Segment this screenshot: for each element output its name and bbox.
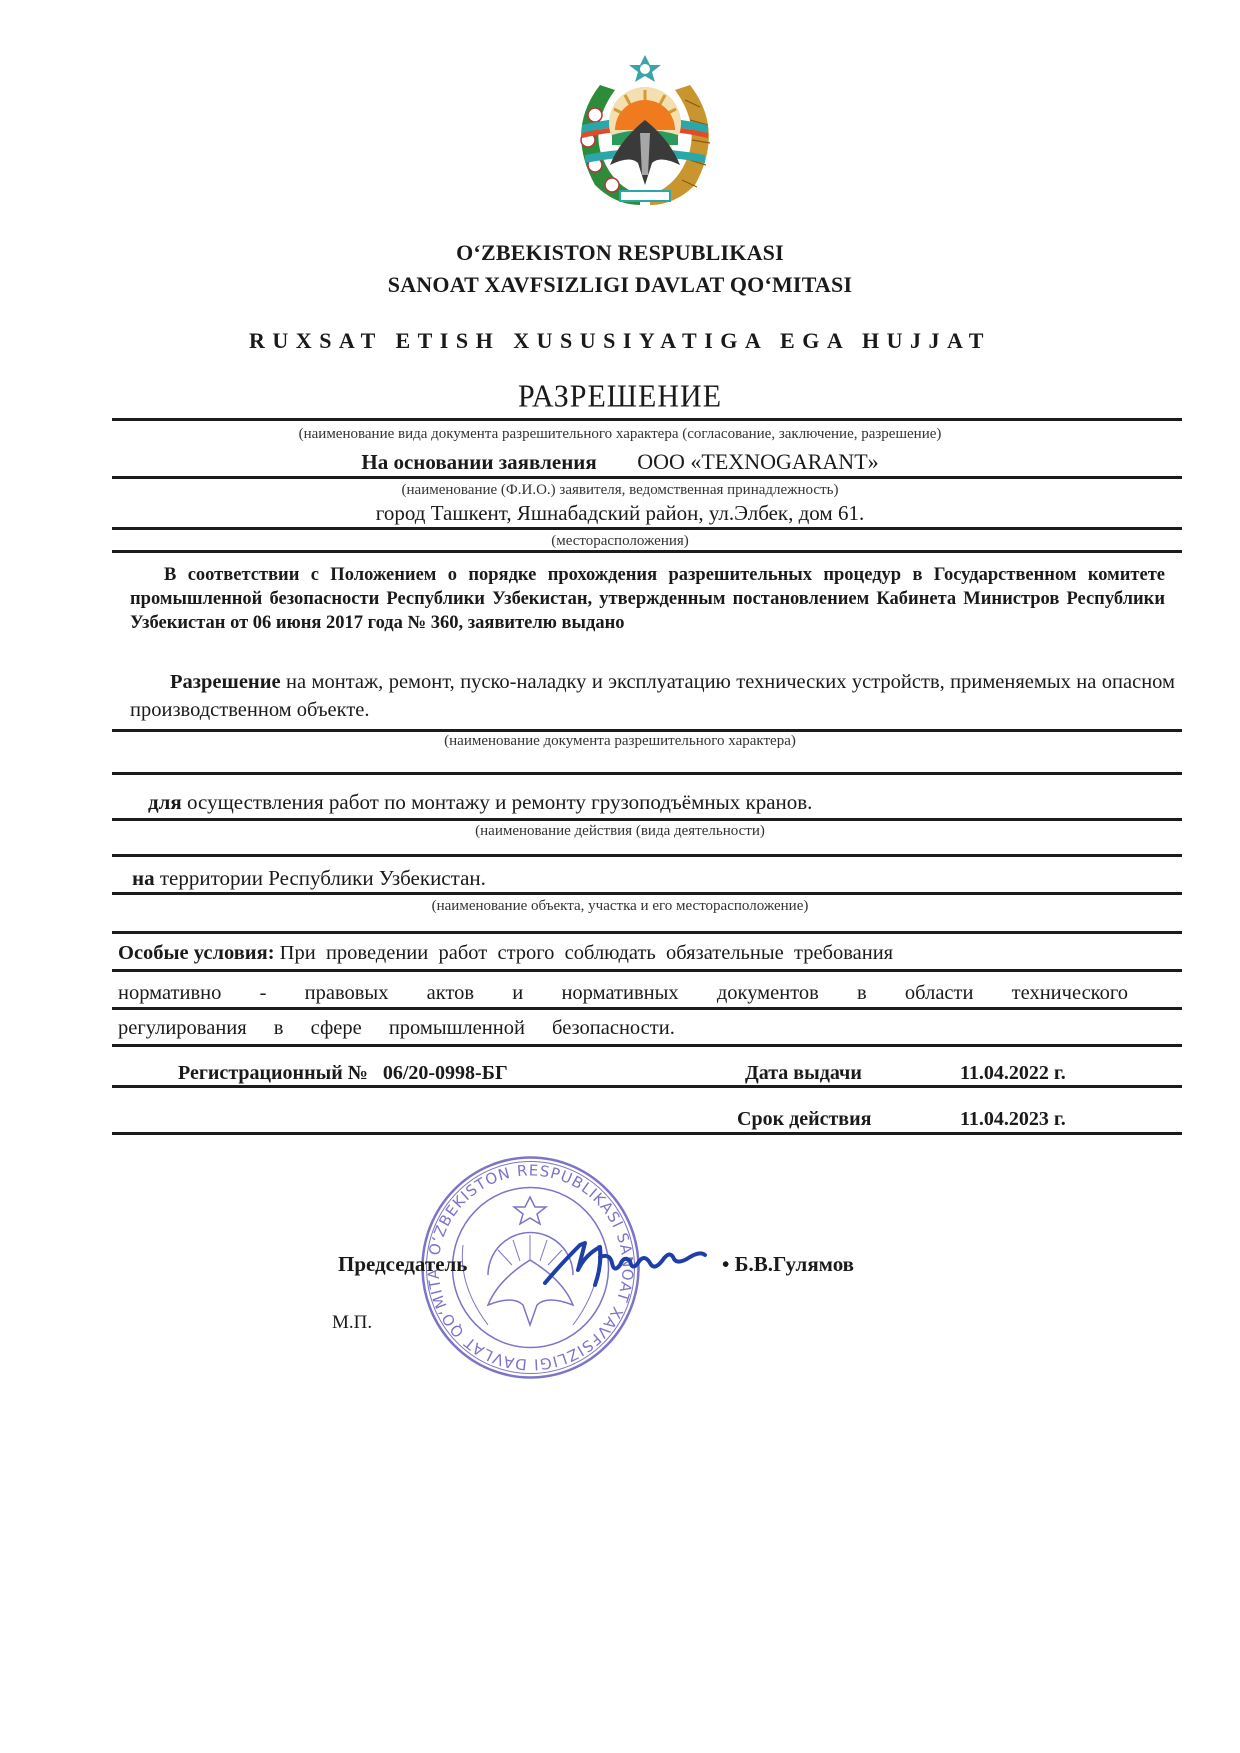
territory-label: на bbox=[132, 866, 155, 890]
document-type: РАЗРЕШЕНИЕ bbox=[0, 379, 1240, 415]
divider bbox=[112, 1132, 1182, 1135]
activity-label: для bbox=[148, 790, 182, 814]
special-conditions-line2: нормативно - правовых актов и нормативны… bbox=[118, 980, 1128, 1006]
state-emblem bbox=[560, 45, 730, 215]
divider bbox=[112, 550, 1182, 553]
divider bbox=[112, 729, 1182, 732]
preamble: В соответствии с Положением о порядке пр… bbox=[130, 563, 1165, 635]
address-caption: (месторасположения) bbox=[0, 533, 1240, 550]
permit-label: Разрешение bbox=[170, 671, 281, 693]
basis-label: На основании заявления bbox=[361, 450, 596, 474]
issue-date: 11.04.2022 г. bbox=[960, 1062, 1066, 1085]
special-conditions-label: Особые условия: bbox=[118, 942, 275, 964]
divider bbox=[112, 418, 1182, 421]
address: город Ташкент, Яшнабадский район, ул.Элб… bbox=[0, 501, 1240, 526]
special-conditions-line3: регулирования в сфере промышленной безоп… bbox=[118, 1017, 675, 1040]
divider bbox=[112, 854, 1182, 857]
document-subtitle: RUXSAT ETISH XUSUSIYATIGA EGA HUJJAT bbox=[0, 328, 1240, 354]
territory-caption: (наименование объекта, участка и его мес… bbox=[0, 898, 1240, 915]
applicant-caption: (наименование (Ф.И.О.) заявителя, ведомс… bbox=[0, 482, 1240, 499]
handwritten-signature bbox=[540, 1235, 715, 1295]
signatory-position: Председатель bbox=[338, 1252, 467, 1277]
issue-date-label: Дата выдачи bbox=[745, 1062, 862, 1085]
permit-caption: (наименование документа разрешительного … bbox=[0, 733, 1240, 750]
valid-until-label: Срок действия bbox=[737, 1108, 871, 1131]
permit-text: Разрешение на монтаж, ремонт, пуско-нала… bbox=[130, 668, 1175, 724]
divider bbox=[112, 1085, 1182, 1088]
registration-number-row: Регистрационный № 06/20-0998-БГ bbox=[178, 1062, 508, 1085]
registration-number-label: Регистрационный № bbox=[178, 1062, 368, 1084]
document-type-caption: (наименование вида документа разрешитель… bbox=[0, 426, 1240, 443]
special-conditions-line1: Особые условия: При проведении работ стр… bbox=[118, 942, 1093, 965]
divider bbox=[112, 476, 1182, 479]
registration-number: 06/20-0998-БГ bbox=[383, 1062, 508, 1084]
applicant-row: На основании заявления ООО «TEXNOGARANT» bbox=[0, 449, 1240, 475]
territory-text: на территории Республики Узбекистан. bbox=[132, 866, 486, 891]
signature-icon bbox=[540, 1235, 715, 1295]
applicant-name: ООО «TEXNOGARANT» bbox=[637, 449, 878, 474]
divider bbox=[112, 969, 1182, 972]
signatory-name: • Б.В.Гулямов bbox=[722, 1252, 854, 1277]
activity-caption: (наименование действия (вида деятельност… bbox=[0, 823, 1240, 840]
divider bbox=[112, 527, 1182, 530]
header-line2: SANOAT XAVFSIZLIGI DAVLAT QO‘MITASI bbox=[0, 272, 1240, 298]
valid-until: 11.04.2023 г. bbox=[960, 1108, 1066, 1131]
divider bbox=[112, 772, 1182, 775]
header-line1: O‘ZBEKISTON RESPUBLIKASI bbox=[0, 240, 1240, 266]
divider bbox=[112, 818, 1182, 821]
divider bbox=[112, 931, 1182, 934]
activity-text: для осуществления работ по монтажу и рем… bbox=[148, 790, 812, 815]
divider bbox=[112, 1007, 1182, 1010]
divider bbox=[112, 1044, 1182, 1047]
divider bbox=[112, 892, 1182, 895]
seal-place-label: М.П. bbox=[332, 1312, 372, 1334]
emblem-icon bbox=[560, 45, 730, 215]
